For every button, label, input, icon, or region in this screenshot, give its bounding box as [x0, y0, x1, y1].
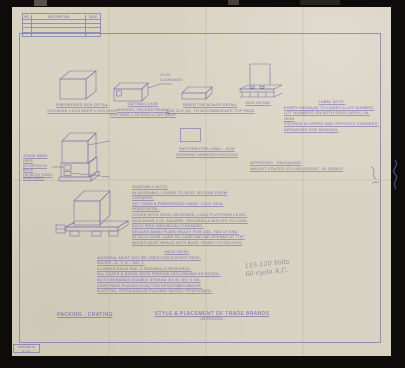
skid-frame-caption: SKID DETAIL — [234, 100, 282, 106]
blueprint-sheet: NO. DESCRIPTION DATE FIBERBOARD BOX DETA… — [12, 7, 391, 356]
label-note: LABEL NOTE: EVERY PACKAGE TO CARRY A LOT… — [284, 99, 380, 133]
skid-frame-figure — [236, 61, 284, 103]
revision-col-no: NO. — [23, 15, 32, 19]
revision-table: NO. DESCRIPTION DATE — [22, 13, 101, 37]
scanned-drawing-photo: NO. DESCRIPTION DATE FIBERBOARD BOX DETA… — [0, 0, 405, 368]
tape-fragment-top-center — [228, 0, 239, 5]
pack-note: PACK NOTE: MATERIAL MUST NOT BE USED FOR… — [97, 249, 257, 294]
margin-ink-scribble — [386, 158, 404, 197]
title-left: PACKING - CRATING — [42, 312, 128, 318]
margin-smudge-top-right — [300, 0, 340, 5]
outer-case-dimension-label: 2½ IN. CLEARANCE — [160, 73, 190, 83]
pencil-scribble — [368, 165, 382, 187]
label-plate-caption: PATTERN FOR LABEL - SIZE SHOWING MARKING… — [164, 146, 250, 157]
top-board-figure — [180, 85, 216, 102]
approval-note: APPROVED - PACKAGING WEIGHT CRATED 270 L… — [250, 160, 352, 171]
revision-table-header: NO. DESCRIPTION DATE — [23, 14, 100, 19]
box-on-skid-figure — [54, 187, 140, 245]
printer-stamp: PRINTED IN U.S.A. — [13, 344, 40, 353]
skid-note-label: SKID NOTE: — [23, 176, 57, 181]
revision-col-description: DESCRIPTION — [32, 15, 87, 19]
assembly-note: ASSEMBLY NOTE: IN ASSEMBLY, LOWER TO SKI… — [132, 184, 250, 246]
revision-row-empty — [23, 19, 100, 23]
fiberboard-box-figure — [58, 69, 98, 101]
revision-row-empty — [23, 32, 100, 36]
cabinet-left-note: TRADE MARK HERE AS NOTED IN BACK ON BOTH… — [23, 154, 57, 178]
label-plate-figure — [179, 127, 203, 144]
title-right: STYLE & PLACEMENT OF TRADE BRANDS (APPRO… — [147, 311, 277, 321]
stacked-cabinet-figure — [52, 127, 110, 191]
title-right-subnote: (APPROVED) — [147, 317, 277, 321]
revision-col-date: DATE — [86, 15, 100, 19]
tape-fragment-top-left — [34, 0, 47, 6]
revision-row-empty — [23, 27, 100, 31]
revision-row-empty — [23, 23, 100, 27]
